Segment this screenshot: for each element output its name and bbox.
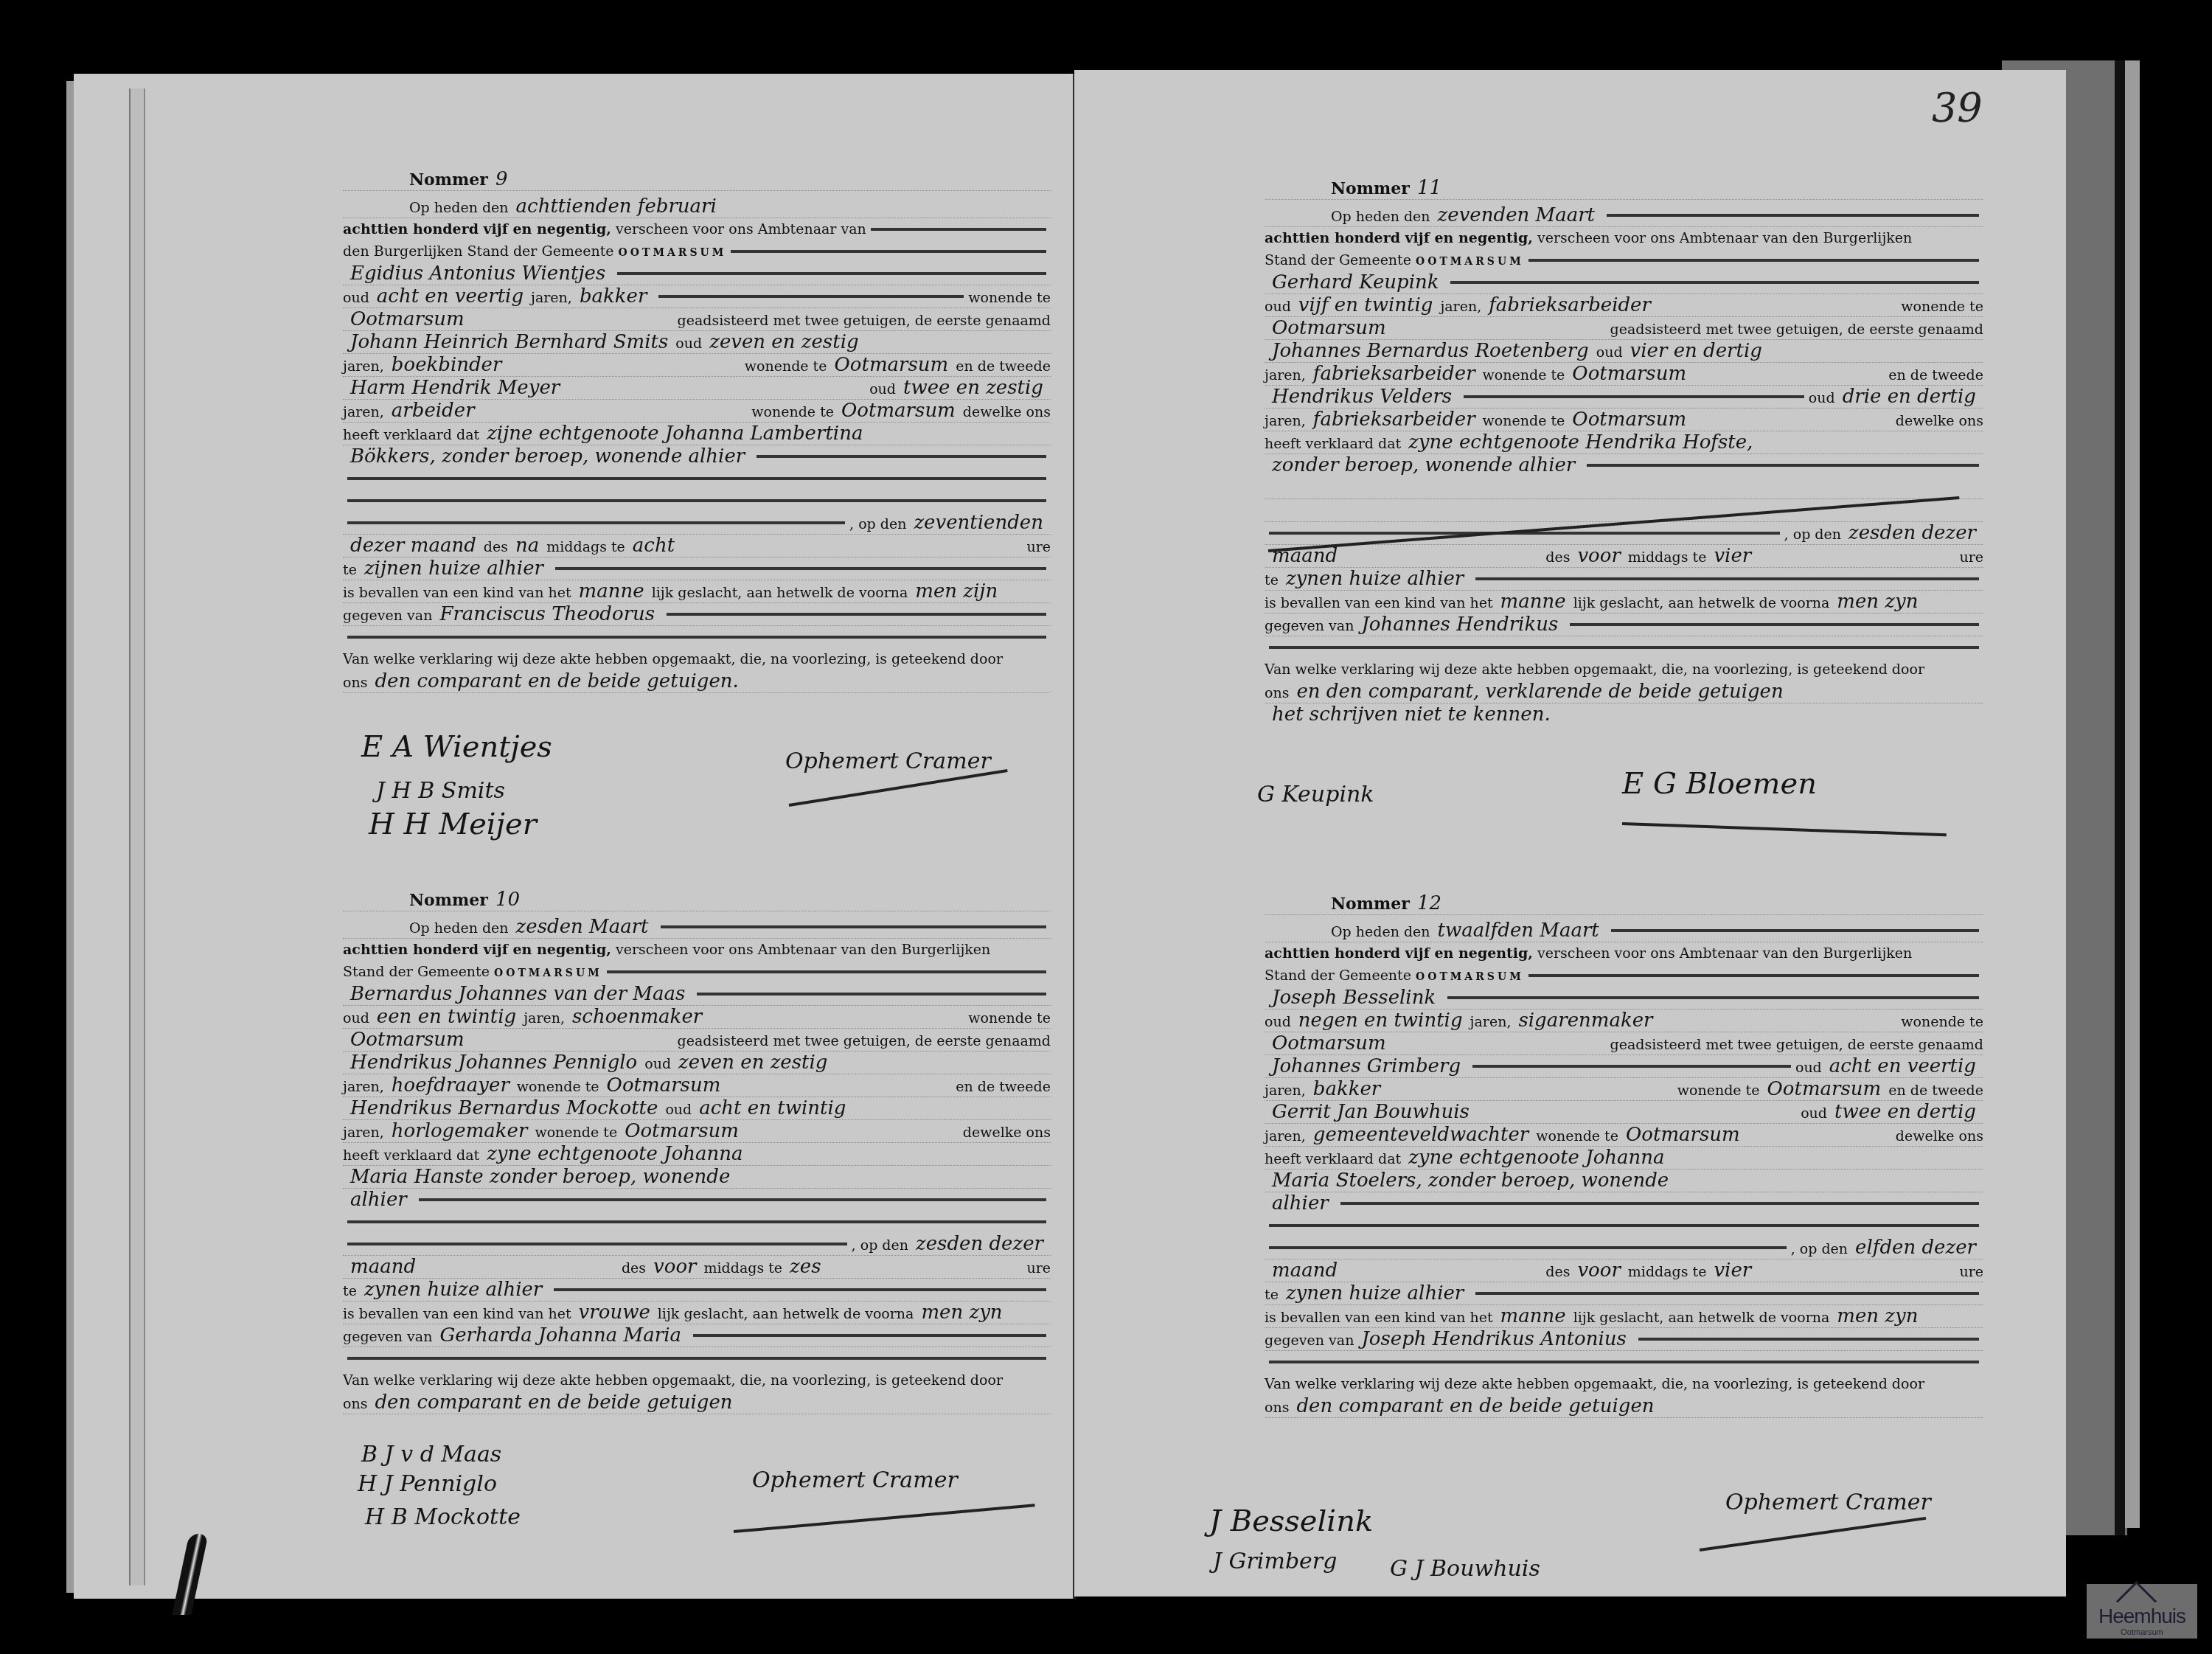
witness2-name: Gerrit Jan Bouwhuis — [1265, 1101, 1477, 1123]
record-date: zesden Maart — [509, 916, 656, 938]
record-date: achttienden februari — [509, 195, 724, 218]
record-number: 12 — [1410, 892, 1449, 914]
signature-witness2: H B Mockotte — [365, 1504, 521, 1530]
record-date: twaalfden Maart — [1430, 920, 1607, 942]
signature-official: Ophemert Cramer — [1725, 1490, 1931, 1515]
record-date: zevenden Maart — [1430, 204, 1602, 226]
signature-witness1: J Grimberg — [1213, 1549, 1337, 1574]
declarant-name: Joseph Besselink — [1265, 987, 1443, 1009]
witness1-name: Johann Heinrich Bernhard Smits — [343, 331, 675, 353]
witness2-name: Hendrikus Bernardus Mockotte — [343, 1097, 665, 1119]
signature-witness1: H J Penniglo — [358, 1471, 497, 1497]
left-page-gutter — [129, 88, 145, 1585]
record-number: 9 — [488, 168, 515, 190]
nommer-label: Nommer — [343, 169, 488, 191]
witness1-name: Johannes Grimberg — [1265, 1055, 1468, 1077]
heemhuis-watermark: Heemhuis Ootmarsum — [2087, 1584, 2197, 1639]
child-names: Gerharda Johanna Maria — [432, 1324, 689, 1347]
declarant-name: Gerhard Keupink — [1265, 271, 1446, 293]
signature-witness2: G J Bouwhuis — [1390, 1556, 1540, 1582]
declarant-name: Egidius Antonius Wientjes — [343, 263, 613, 285]
record-9: Nommer9 Op heden denachttienden februari… — [343, 168, 1051, 693]
witness1-name: Hendrikus Johannes Penniglo — [343, 1052, 644, 1074]
witness2-name: Hendrikus Velders — [1265, 386, 1459, 408]
witness1-name: Johannes Bernardus Roetenberg — [1265, 340, 1596, 362]
signature-declarant: B J v d Maas — [361, 1442, 501, 1467]
witness2-name: Harm Hendrik Meyer — [343, 377, 567, 399]
record-11: Nommer11 Op heden denzevenden Maart acht… — [1265, 177, 1983, 726]
book-edge-light — [2125, 60, 2140, 1528]
signature-official: E G Bloemen — [1622, 767, 1817, 801]
signature-witness2: H H Meijer — [369, 807, 537, 841]
declarant-name: Bernardus Johannes van der Maas — [343, 983, 692, 1005]
child-names: Franciscus Theodorus — [432, 603, 662, 625]
record-number: 11 — [1410, 177, 1449, 199]
book-edge-dark — [2115, 60, 2125, 1535]
record-12: Nommer12 Op heden dentwaalfden Maart ach… — [1265, 892, 1983, 1418]
child-names: Johannes Hendrikus — [1354, 614, 1565, 636]
signature-declarant: G Keupink — [1257, 782, 1374, 807]
signature-declarant: E A Wientjes — [361, 730, 552, 764]
signature-declarant: J Besselink — [1209, 1504, 1373, 1538]
signature-official: Ophemert Cramer — [752, 1467, 958, 1493]
record-number: 10 — [488, 889, 527, 911]
folio-number: 39 — [1932, 85, 1983, 131]
signature-witness1: J H B Smits — [376, 778, 505, 804]
record-10: Nommer10 Op heden denzesden Maart achtti… — [343, 889, 1051, 1414]
signature-official: Ophemert Cramer — [785, 748, 991, 774]
child-names: Joseph Hendrikus Antonius — [1354, 1328, 1634, 1350]
